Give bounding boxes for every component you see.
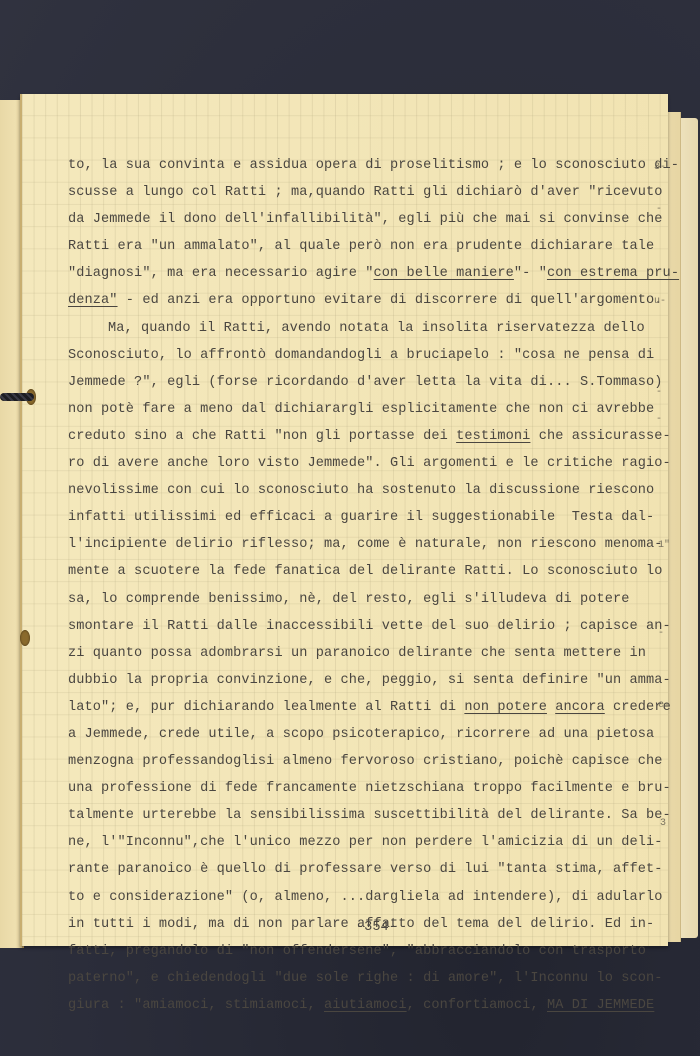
binding-hole	[20, 630, 30, 646]
text-line: Ratti era "un ammalato", al quale però n…	[68, 233, 648, 260]
binding-cord	[0, 393, 34, 401]
text-line: infatti utilissimi ed efficaci a guarire…	[68, 504, 648, 531]
text-line: to, la sua convinta e assidua opera di p…	[68, 152, 648, 179]
text-line: nevolissime con cui lo sconosciuto ha so…	[68, 477, 648, 504]
underlined-text: denza"	[68, 293, 118, 308]
underlined-text: con belle maniere	[374, 266, 514, 281]
text-segment: lato"; e, pur dichiarando lealmente al R…	[68, 700, 464, 715]
margin-mark: u-	[654, 296, 666, 307]
text-line: scusse a lungo col Ratti ; ma,quando Rat…	[68, 179, 648, 206]
underlined-text: non potere	[464, 700, 547, 715]
text-segment: ne, l'"Inconnu",che l'unico mezzo per no…	[68, 835, 663, 850]
text-segment: a Jemmede, crede utile, a scopo psicoter…	[68, 727, 654, 742]
text-segment: smontare il Ratti dalle inaccessibili ve…	[68, 619, 671, 634]
text-line: fatti, pregandolo di "non offendersene",…	[68, 938, 648, 965]
margin-mark: 1"	[658, 540, 670, 551]
text-line: creduto sino a che Ratti "non gli portas…	[68, 423, 648, 450]
text-line: dubbio la propria convinzione, e che, pe…	[68, 667, 648, 694]
text-segment: Sconosciuto, lo affrontò domandandogli a…	[68, 348, 654, 363]
underlined-text: ancora	[555, 700, 605, 715]
text-line: zi quanto possa adombrarsi un paranoico …	[68, 640, 648, 667]
text-line: giura : "amiamoci, stimiamoci, aiutiamoc…	[68, 992, 648, 1019]
text-line: talmente urterebbe la sensibilissima sus…	[68, 802, 648, 829]
text-line: rante paranoico è quello di professare v…	[68, 856, 648, 883]
margin-mark: e-	[658, 700, 670, 711]
text-line: denza" - ed anzi era opportuno evitare d…	[68, 287, 648, 314]
text-line: Jemmede ?", egli (forse ricordando d'ave…	[68, 369, 648, 396]
text-line: ro di avere anche loro visto Jemmede". G…	[68, 450, 648, 477]
text-segment: giura : "amiamoci, stimiamoci,	[68, 998, 324, 1013]
text-segment: Ratti era "un ammalato", al quale però n…	[68, 239, 654, 254]
page-number: -354-	[356, 920, 397, 935]
text-line: non potè fare a meno dal dichiarargli es…	[68, 396, 648, 423]
text-line: mente a scuotere la fede fanatica del de…	[68, 558, 648, 585]
text-line: ne, l'"Inconnu",che l'unico mezzo per no…	[68, 829, 648, 856]
margin-mark: 3	[660, 818, 666, 829]
underlined-text: MA DI JEMMEDE	[547, 998, 654, 1013]
underlined-text: testimoni	[456, 429, 530, 444]
text-line: to e considerazione" (o, almeno, ...darg…	[68, 884, 648, 911]
text-segment: zi quanto possa adombrarsi un paranoico …	[68, 646, 646, 661]
text-segment: to, la sua convinta e assidua opera di p…	[68, 158, 679, 173]
margin-mark: -	[656, 387, 662, 398]
underlined-text: aiutiamoci	[324, 998, 407, 1013]
underlined-text: con estrema pru-	[547, 266, 679, 281]
text-line: menzogna professandoglisi almeno fervoro…	[68, 748, 648, 775]
text-line: Ma, quando il Ratti, avendo notata la in…	[68, 315, 648, 342]
text-line: a Jemmede, crede utile, a scopo psicoter…	[68, 721, 648, 748]
page-body-text: to, la sua convinta e assidua opera di p…	[68, 152, 648, 1019]
text-segment: , confortiamoci,	[407, 998, 547, 1013]
text-line: Sconosciuto, lo affrontò domandandogli a…	[68, 342, 648, 369]
text-segment: scusse a lungo col Ratti ; ma,quando Rat…	[68, 185, 663, 200]
text-segment: "- "	[514, 266, 547, 281]
text-segment: non potè fare a meno dal dichiarargli es…	[68, 402, 654, 417]
text-segment: mente a scuotere la fede fanatica del de…	[68, 564, 663, 579]
text-segment: Ma, quando il Ratti, avendo notata la in…	[108, 321, 645, 336]
text-line: una professione di fede francamente niet…	[68, 775, 648, 802]
text-line: "diagnosi", ma era necessario agire "con…	[68, 260, 648, 287]
margin-mark: -	[656, 414, 662, 425]
margin-mark: -	[658, 628, 664, 639]
text-line: smontare il Ratti dalle inaccessibili ve…	[68, 613, 648, 640]
text-segment: to e considerazione" (o, almeno, ...darg…	[68, 890, 663, 905]
text-segment: sa, lo comprende benissimo, nè, del rest…	[68, 592, 630, 607]
text-line: sa, lo comprende benissimo, nè, del rest…	[68, 586, 648, 613]
text-segment: fatti, pregandolo di "non offendersene",…	[68, 944, 646, 959]
text-segment	[547, 700, 555, 715]
text-segment: - ed anzi era opportuno evitare di disco…	[118, 293, 663, 308]
text-segment: paterno", e chiedendogli "due sole righe…	[68, 971, 663, 986]
text-segment: menzogna professandoglisi almeno fervoro…	[68, 754, 663, 769]
text-segment: una professione di fede francamente niet…	[68, 781, 671, 796]
text-segment: creduto sino a che Ratti "non gli portas…	[68, 429, 456, 444]
text-line: lato"; e, pur dichiarando lealmente al R…	[68, 694, 648, 721]
text-segment: da Jemmede il dono dell'infallibilità", …	[68, 212, 663, 227]
text-segment: nevolissime con cui lo sconosciuto ha so…	[68, 483, 654, 498]
text-segment: l'incipiente delirio riflesso; ma, come …	[68, 537, 663, 552]
text-segment: che assicurasse-	[530, 429, 670, 444]
margin-mark: 3-	[654, 162, 666, 173]
text-segment: talmente urterebbe la sensibilissima sus…	[68, 808, 671, 823]
text-line: da Jemmede il dono dell'infallibilità", …	[68, 206, 648, 233]
text-segment: ro di avere anche loro visto Jemmede". G…	[68, 456, 671, 471]
text-segment: infatti utilissimi ed efficaci a guarire…	[68, 510, 654, 525]
text-segment: Jemmede ?", egli (forse ricordando d'ave…	[68, 375, 663, 390]
text-segment: dubbio la propria convinzione, e che, pe…	[68, 673, 671, 688]
text-segment: "diagnosi", ma era necessario agire "	[68, 266, 374, 281]
margin-mark: -	[656, 204, 662, 215]
text-line: l'incipiente delirio riflesso; ma, come …	[68, 531, 648, 558]
text-line: paterno", e chiedendogli "due sole righe…	[68, 965, 648, 992]
text-segment: rante paranoico è quello di professare v…	[68, 862, 663, 877]
